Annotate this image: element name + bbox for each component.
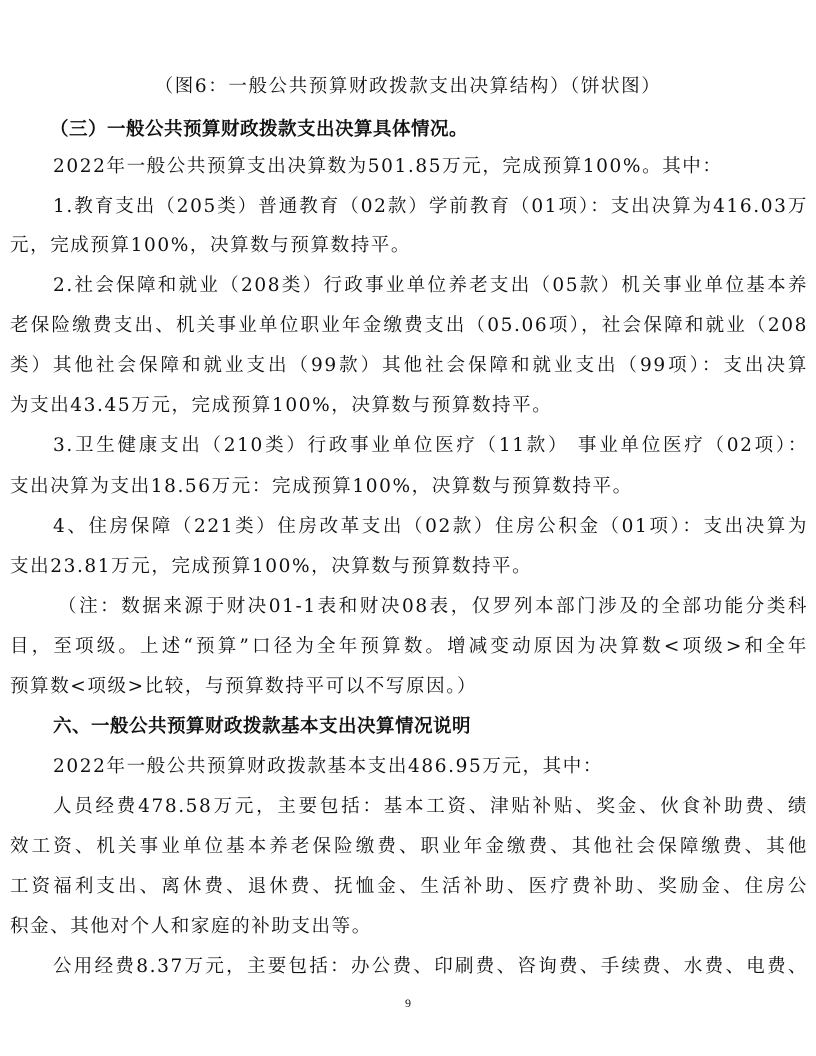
personnel-line2: 效工资、机关事业单位基本养老保险缴费、职业年金缴费、其他社会保障缴费、其他 <box>10 835 808 859</box>
personnel-line1: 人员经费478.58万元，主要包括：基本工资、津贴补贴、奖金、伙食补助费、绩 <box>53 795 808 819</box>
item2-line1: 2.社会保障和就业（208类）行政事业单位养老支出（05款）机关事业单位基本养 <box>53 274 808 298</box>
public-line1: 公用经费8.37万元，主要包括：办公费、印刷费、咨询费、手续费、水费、电费、 <box>53 955 808 979</box>
item4-line1: 4、住房保障（221类）住房改革支出（02款）住房公积金（01项）：支出决算为 <box>53 515 808 539</box>
item3-line1: 3.卫生健康支出（210类）行政事业单位医疗（11款） 事业单位医疗（02项）： <box>53 434 808 458</box>
paragraph-intro: 2022年一般公共预算支出决算数为501.85万元，完成预算100%。其中： <box>53 155 808 179</box>
item3-line2: 支出决算为支出18.56万元：完成预算100%，决算数与预算数持平。 <box>10 475 808 499</box>
figure-caption: （图6：一般公共预算财政拨款支出决算结构）（饼状图） <box>0 75 816 99</box>
item1-line2: 元，完成预算100%，决算数与预算数持平。 <box>10 234 808 258</box>
note-line2: 目，至项级。上述“预算”口径为全年预算数。增减变动原因为决算数<项级>和全年 <box>10 635 808 659</box>
section-heading-6: 六、一般公共预算财政拨款基本支出决算情况说明 <box>53 715 808 739</box>
personnel-line3: 工资福利支出、离休费、退休费、抚恤金、生活补助、医疗费补助、奖励金、住房公 <box>10 875 808 899</box>
note-line3: 预算数<项级>比较，与预算数持平可以不写原因。） <box>10 675 808 699</box>
item4-line2: 支出23.81万元，完成预算100%，决算数与预算数持平。 <box>10 555 808 579</box>
page-number: 9 <box>0 996 816 1011</box>
item2-line3: 类）其他社会保障和就业支出（99款）其他社会保障和就业支出（99项）：支出决算 <box>10 354 808 378</box>
section-heading-3: （三）一般公共预算财政拨款支出决算具体情况。 <box>50 118 808 142</box>
item2-line2: 老保险缴费支出、机关事业单位职业年金缴费支出（05.06项），社会保障和就业（2… <box>10 314 808 338</box>
section6-intro: 2022年一般公共预算财政拨款基本支出486.95万元，其中： <box>53 755 808 779</box>
item1-line1: 1.教育支出（205类）普通教育（02款）学前教育（01项）：支出决算为416.… <box>53 195 808 219</box>
personnel-line4: 积金、其他对个人和家庭的补助支出等。 <box>10 915 808 939</box>
note-line1: （注：数据来源于财决01-1表和财决08表，仅罗列本部门涉及的全部功能分类科 <box>58 595 808 619</box>
item2-line4: 为支出43.45万元，完成预算100%，决算数与预算数持平。 <box>10 394 808 418</box>
